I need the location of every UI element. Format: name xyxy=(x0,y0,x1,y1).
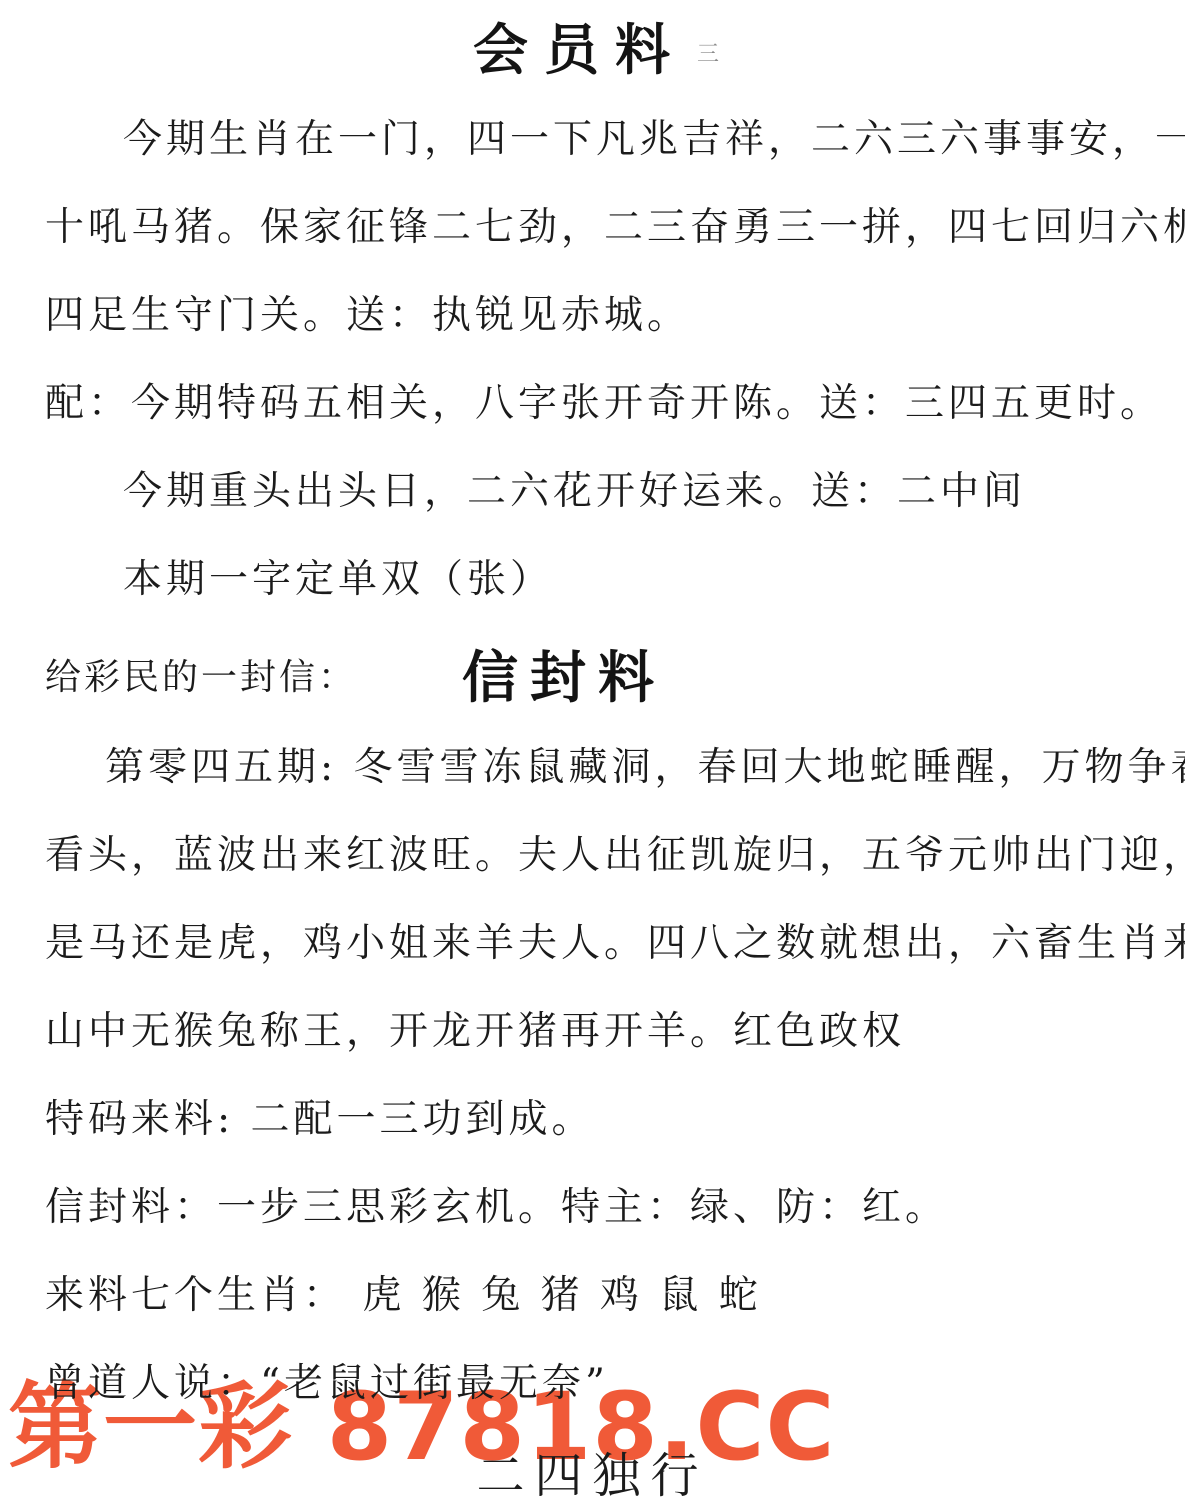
envelope-heading: 信封料 xyxy=(462,634,666,714)
member-line-3: 四足生守门关。送：执锐见赤城。 xyxy=(45,272,1147,360)
title-note: 三 xyxy=(697,37,719,68)
envelope-line-6: 信封料：一步三思彩玄机。特主：绿、防：红。 xyxy=(45,1164,1147,1252)
document-page: 第一彩 87818.CC 会员料 三 今期生肖在一门，四一下凡兆吉祥，二六三六事… xyxy=(0,0,1185,1500)
member-line-4: 配：今期特码五相关，八字张开奇开陈。送：三四五更时。 xyxy=(45,360,1147,448)
member-line-5: 今期重头出头日，二六花开好运来。送：二中间 xyxy=(45,448,1147,536)
envelope-line-4: 山中无猴兔称王，开龙开猪再开羊。红色政权 xyxy=(45,988,1147,1076)
envelope-line-7: 来料七个生肖： 虎 猴 兔 猪 鸡 鼠 蛇 xyxy=(45,1252,1147,1340)
envelope-line-3: 是马还是虎，鸡小姐来羊夫人。四八之数就想出，六畜生肖来特码。 xyxy=(45,900,1147,988)
member-line-6: 本期一字定单双（张） xyxy=(45,536,1147,624)
envelope-line-8: 曾道人说：“老鼠过街最无奈” xyxy=(45,1340,1147,1428)
title-row: 会员料 三 xyxy=(45,4,1147,96)
footer-text: 二四独行 xyxy=(0,1437,1185,1500)
envelope-line-1: 第零四五期: 冬雪雪冻鼠藏洞，春回大地蛇睡醒，万物争春有 xyxy=(45,724,1147,812)
envelope-line-5: 特码来料: 二配一三功到成。 xyxy=(45,1076,1147,1164)
envelope-intro: 给彩民的一封信： xyxy=(45,649,357,700)
member-line-1: 今期生肖在一门，四一下凡兆吉祥，二六三六事事安，一七三 xyxy=(45,96,1147,184)
envelope-heading-row: 给彩民的一封信： 信封料 xyxy=(45,624,1147,724)
document-content: 会员料 三 今期生肖在一门，四一下凡兆吉祥，二六三六事事安，一七三 十吼马猪。保… xyxy=(0,0,1185,1428)
member-line-2: 十吼马猪。保家征锋二七劲，二三奋勇三一拼，四七回归六机迎， xyxy=(45,184,1147,272)
envelope-line-2: 看头，蓝波出来红波旺。夫人出征凯旋归，五爷元帅出门迎，是牛 xyxy=(45,812,1147,900)
page-title: 会员料 xyxy=(473,4,686,96)
